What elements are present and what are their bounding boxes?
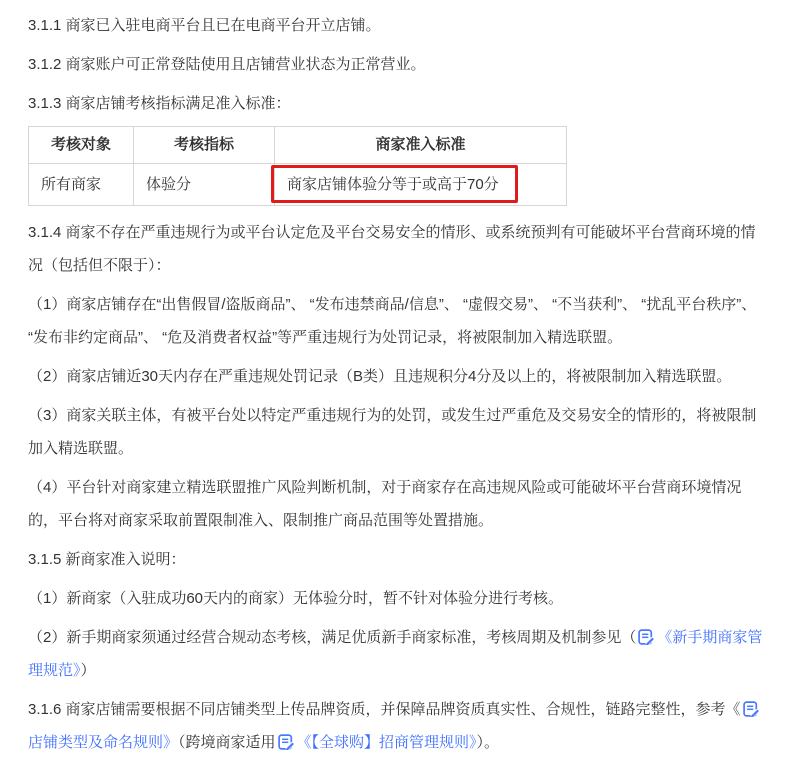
- table-cell-admission-standard: 商家店铺体验分等于或高于70分: [275, 164, 567, 206]
- table-header-admission-standard: 商家准入标准: [275, 127, 567, 164]
- paragraph-3-1-6: 3.1.6 商家店铺需要根据不同店铺类型上传品牌资质，并保障品牌资质真实性、合规…: [28, 693, 769, 759]
- admission-standard-text: 商家店铺体验分等于或高于70分: [287, 176, 499, 193]
- paragraph-3-1-4-item-2: （2）商家店铺近30天内存在严重违规处罚记录（B类）且违规积分4分及以上的，将被…: [28, 360, 769, 393]
- document-icon: [278, 734, 294, 750]
- paragraph-3-1-5-item-2-closing: ）: [81, 662, 96, 679]
- paragraph-3-1-5-item-2: （2）新手期商家须通过经营合规动态考核，满足优质新手商家标准，考核周期及机制参见…: [28, 621, 769, 687]
- link-global-shopping-investment-rules[interactable]: 《【全球购】招商管理规则》: [276, 734, 477, 751]
- paragraph-3-1-6-mid-text: （跨境商家适用: [178, 734, 276, 751]
- table-row: 所有商家 体验分 商家店铺体验分等于或高于70分: [29, 164, 567, 206]
- link-text: 店铺类型及命名规则》: [28, 734, 178, 751]
- table-cell-assessment-indicator: 体验分: [134, 164, 275, 206]
- paragraph-3-1-5-item-1: （1）新商家（入驻成功60天内的商家）无体验分时，暂不针对体验分进行考核。: [28, 582, 769, 615]
- table-header-assessment-indicator: 考核指标: [134, 127, 275, 164]
- paragraph-3-1-6-text: 3.1.6 商家店铺需要根据不同店铺类型上传品牌资质，并保障品牌资质真实性、合规…: [28, 701, 741, 718]
- table-cell-assessment-object: 所有商家: [29, 164, 134, 206]
- paragraph-3-1-4: 3.1.4 商家不存在严重违规行为或平台认定危及平台交易安全的情形、或系统预判有…: [28, 216, 769, 282]
- document-icon: [743, 701, 759, 717]
- paragraph-3-1-5-item-2-text: （2）新手期商家须通过经营合规动态考核，满足优质新手商家标准，考核周期及机制参见…: [28, 629, 636, 646]
- paragraph-3-1-3: 3.1.3 商家店铺考核指标满足准入标准：: [28, 87, 769, 120]
- paragraph-3-1-2: 3.1.2 商家账户可正常登陆使用且店铺营业状态为正常营业。: [28, 48, 769, 81]
- paragraph-3-1-6-closing: ）。: [477, 734, 500, 751]
- paragraph-3-1-4-item-4: （4）平台针对商家建立精选联盟推广风险判断机制，对于商家存在高违规风险或可能破坏…: [28, 471, 769, 537]
- paragraph-3-1-4-item-3: （3）商家关联主体，有被平台处以特定严重违规行为的处罚，或发生过严重危及交易安全…: [28, 399, 769, 465]
- link-text: 《【全球购】招商管理规则》: [297, 734, 477, 751]
- document-page: 3.1.1 商家已入驻电商平台且已在电商平台开立店铺。 3.1.2 商家账户可正…: [0, 0, 793, 766]
- table-header-row: 考核对象 考核指标 商家准入标准: [29, 127, 567, 164]
- table-header-assessment-object: 考核对象: [29, 127, 134, 164]
- assessment-table: 考核对象 考核指标 商家准入标准 所有商家 体验分 商家店铺体验分等于或高于70…: [28, 126, 567, 206]
- paragraph-3-1-5: 3.1.5 新商家准入说明：: [28, 543, 769, 576]
- paragraph-3-1-4-item-1: （1）商家店铺存在“出售假冒/盗版商品”、 “发布违禁商品/信息”、 “虚假交易…: [28, 288, 769, 354]
- paragraph-3-1-1: 3.1.1 商家已入驻电商平台且已在电商平台开立店铺。: [28, 9, 769, 42]
- document-icon: [638, 629, 654, 645]
